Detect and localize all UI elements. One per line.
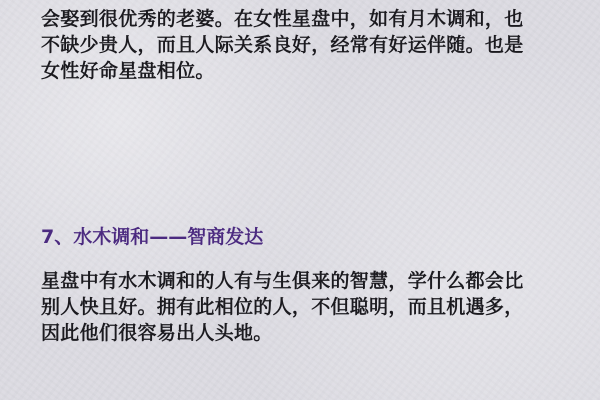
section-heading: 7、水木调和——智商发达 <box>41 222 263 249</box>
text-line: 会娶到很优秀的老婆。在女性星盘中，如有月木调和，也 <box>41 6 571 32</box>
paragraph-section-7: 星盘中有水木调和的人有与生俱来的智慧，学什么都会比 别人快且好。拥有此相位的人，… <box>41 268 571 346</box>
paragraph-previous-section: 会娶到很优秀的老婆。在女性星盘中，如有月木调和，也 不缺少贵人，而且人际关系良好… <box>41 6 571 84</box>
text-line: 女性好命星盘相位。 <box>41 58 571 84</box>
text-line: 星盘中有水木调和的人有与生俱来的智慧，学什么都会比 <box>41 268 571 294</box>
text-line: 别人快且好。拥有此相位的人，不但聪明，而且机遇多， <box>41 294 571 320</box>
text-line: 不缺少贵人，而且人际关系良好，经常有好运伴随。也是 <box>41 32 571 58</box>
text-line: 因此他们很容易出人头地。 <box>41 320 571 346</box>
